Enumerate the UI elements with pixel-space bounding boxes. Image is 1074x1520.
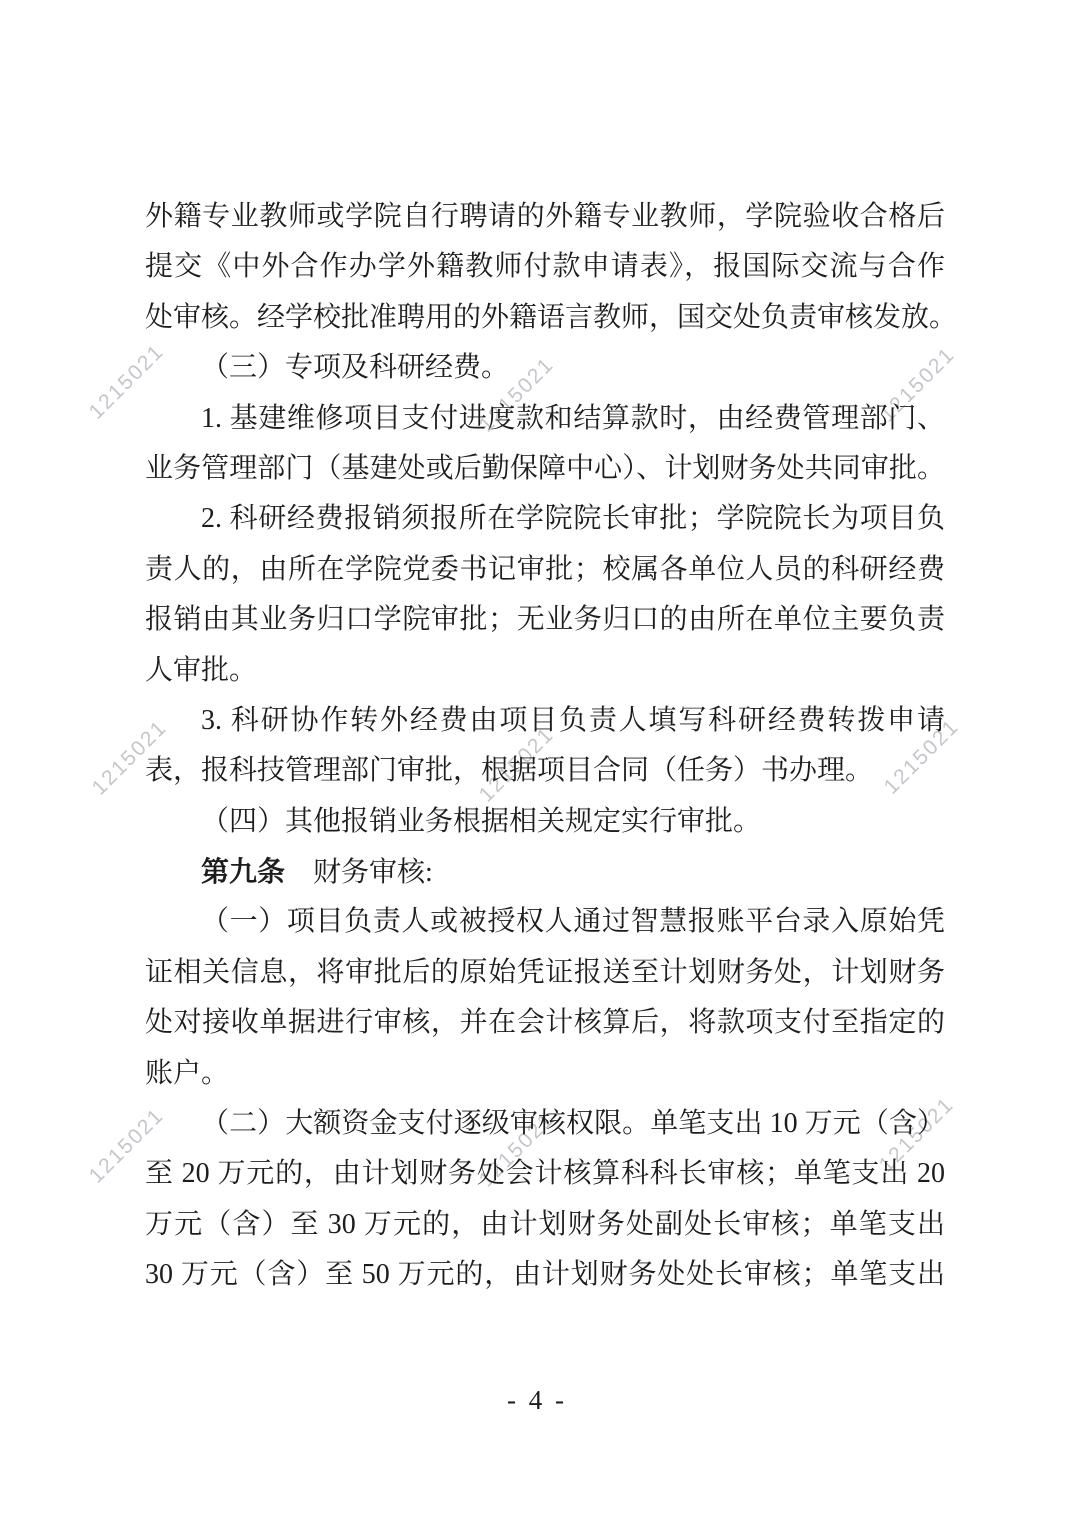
article-number: 第九条: [201, 856, 285, 887]
text-line: 业务管理部门（基建处或后勤保障中心）、计划财务处共同审批。: [145, 444, 945, 494]
text-line: 提交《中外合作办学外籍教师付款申请表》，报国际交流与合作: [145, 242, 945, 292]
text-line: 处审核。经学校批准聘用的外籍语言教师，国交处负责审核发放。: [145, 293, 945, 343]
text-line: 账户。: [145, 1049, 945, 1099]
text-line: 至 20 万元的，由计划财务处会计核算科科长审核；单笔支出 20: [145, 1149, 945, 1199]
text-line: 外籍专业教师或学院自行聘请的外籍专业教师，学院验收合格后: [145, 192, 945, 242]
text-line: 处对接收单据进行审核，并在会计核算后，将款项支付至指定的: [145, 998, 945, 1048]
page-number: - 4 -: [0, 1385, 1074, 1416]
text-line: （一）项目负责人或被授权人通过智慧报账平台录入原始凭: [145, 897, 945, 947]
text-line: 证相关信息，将审批后的原始凭证报送至计划财务处，计划财务: [145, 948, 945, 998]
text-line: （三）专项及科研经费。: [145, 343, 945, 393]
text-line: 第九条 财务审核:: [145, 847, 945, 897]
text-line: 3. 科研协作转外经费由项目负责人填写科研经费转拨申请: [145, 696, 945, 746]
text-line: 责人的，由所在学院党委书记审批；校属各单位人员的科研经费: [145, 545, 945, 595]
text-line: （四）其他报销业务根据相关规定实行审批。: [145, 797, 945, 847]
text-line: 万元（含）至 30 万元的，由计划财务处副处长审核；单笔支出: [145, 1200, 945, 1250]
text-line: 报销由其业务归口学院审批；无业务归口的由所在单位主要负责: [145, 595, 945, 645]
text-line: 1. 基建维修项目支付进度款和结算款时，由经费管理部门、: [145, 394, 945, 444]
text-line: 30 万元（含）至 50 万元的，由计划财务处处长审核；单笔支出: [145, 1250, 945, 1300]
text-line: 2. 科研经费报销须报所在学院院长审批；学院院长为项目负: [145, 494, 945, 544]
text-line: （二）大额资金支付逐级审核权限。单笔支出 10 万元（含）: [145, 1099, 945, 1149]
text-line: 人审批。: [145, 646, 945, 696]
document-page: 1215021121502112150211215021121502112150…: [0, 0, 1074, 1520]
document-body: 外籍专业教师或学院自行聘请的外籍专业教师，学院验收合格后提交《中外合作办学外籍教…: [145, 192, 945, 1301]
text-line: 表，报科技管理部门审批，根据项目合同（任务）书办理。: [145, 746, 945, 796]
